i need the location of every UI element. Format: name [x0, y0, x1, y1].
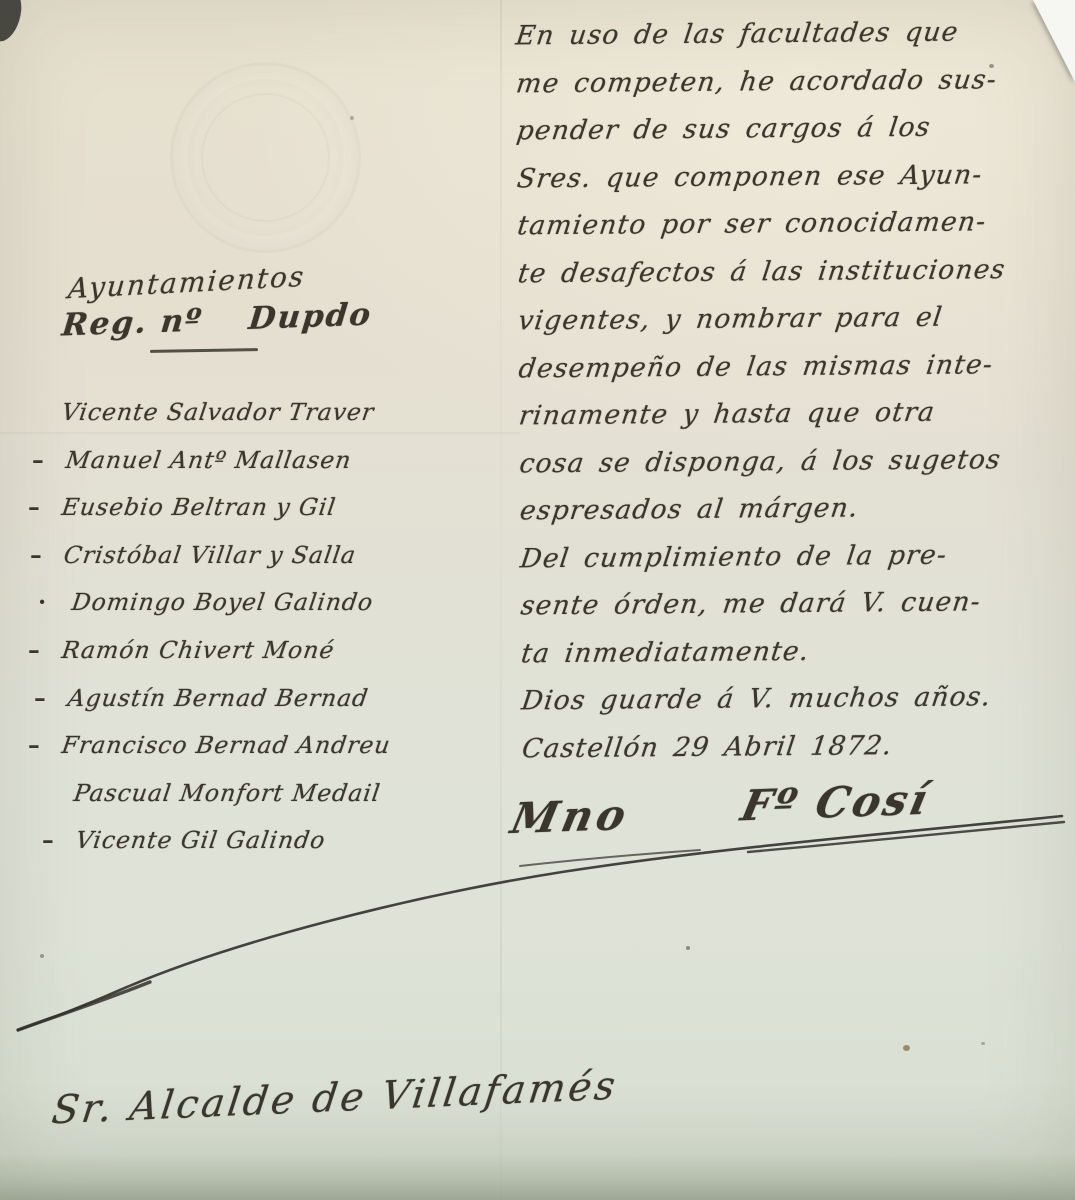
appointee-name: Ramón Chivert Moné: [60, 636, 336, 664]
appointee-row: –Francisco Bernad Andreu: [28, 731, 468, 779]
appointee-row: –Eusebio Beltran y Gil: [28, 493, 468, 541]
margin-duplicate-label: Dupdo: [247, 297, 374, 337]
stain-speck: [981, 1042, 985, 1045]
bottom-edge-shading: [0, 1154, 1075, 1200]
appointee-name: Vicente Salvador Traver: [60, 398, 376, 426]
margin-header-line1: Ayuntamientos: [67, 260, 307, 306]
body-line: ta inmediatamente.: [517, 633, 1075, 685]
body-line: pender de sus cargos á los: [513, 111, 1071, 163]
embossed-seal: [170, 62, 361, 253]
addressee-line: Sr. Alcalde de Villafamés: [49, 1064, 620, 1134]
appointee-name: Pascual Monfort Medail: [72, 779, 382, 807]
body-line: te desafectos á las instituciones: [514, 253, 1072, 305]
stain-speck: [903, 1045, 910, 1051]
signature-left: Mno: [507, 790, 634, 843]
margin-header-underline: [150, 348, 258, 353]
appointee-row: –Vicente Gil Galindo: [28, 826, 468, 874]
body-line: me competen, he acordado sus-: [512, 63, 1070, 115]
appointee-name: Manuel Antº Mallasen: [64, 446, 353, 474]
appointee-row: –Cristóbal Villar y Salla: [28, 541, 468, 589]
appointee-row: Pascual Monfort Medail: [28, 779, 468, 827]
appointee-name: Cristóbal Villar y Salla: [62, 541, 358, 569]
appointee-name: Domingo Boyel Galindo: [70, 588, 375, 616]
body-line: Dios guarde á V. muchos años.: [518, 681, 1075, 733]
body-line: Del cumplimiento de la pre-: [516, 538, 1074, 590]
body-line: sente órden, me dará V. cuen-: [517, 586, 1075, 638]
appointee-list: Vicente Salvador Traver –Manuel Antº Mal…: [28, 398, 468, 874]
body-line: Sres. que componen ese Ayun-: [513, 158, 1071, 210]
appointee-name: Eusebio Beltran y Gil: [60, 493, 338, 521]
body-line: desempeño de las mismas inte-: [515, 348, 1073, 400]
appointee-name: Agustín Bernad Bernad: [66, 684, 370, 712]
list-dash: –: [28, 493, 62, 521]
body-line: rinamente y hasta que otra: [515, 396, 1073, 448]
stain-speck: [686, 946, 690, 950]
embossed-seal-inner-ring: [201, 93, 330, 222]
body-line: vigentes, y nombrar para el: [514, 301, 1072, 353]
stain-speck: [350, 116, 354, 120]
list-dash: –: [34, 684, 68, 712]
margin-header-line2: Reg. nºDupdo: [60, 297, 374, 344]
list-dash: ·: [38, 588, 72, 616]
body-line: En uso de las facultades que: [512, 16, 1070, 68]
corner-ink-mark: [0, 0, 27, 45]
stain-speck: [989, 64, 994, 68]
list-dash: –: [28, 636, 62, 664]
appointee-row: Vicente Salvador Traver: [28, 398, 468, 446]
margin-register-label: Reg. nº: [60, 302, 205, 343]
appointee-row: –Ramón Chivert Moné: [28, 636, 468, 684]
appointee-name: Vicente Gil Galindo: [74, 826, 327, 854]
letter-body: En uso de las facultades que me competen…: [515, 16, 1074, 781]
list-dash: –: [42, 826, 76, 854]
stain-speck: [40, 954, 44, 958]
signature-right: Fº Cosí: [737, 775, 935, 831]
manuscript-page: Ayuntamientos Reg. nºDupdo Vicente Salva…: [0, 0, 1075, 1200]
body-line: cosa se disponga, á los sugetos: [516, 443, 1074, 495]
appointee-name: Francisco Bernad Andreu: [60, 731, 393, 759]
list-dash: –: [30, 541, 64, 569]
appointee-row: –Manuel Antº Mallasen: [28, 446, 468, 494]
body-line: espresados al márgen.: [516, 491, 1074, 543]
appointee-row: ·Domingo Boyel Galindo: [28, 588, 468, 636]
body-line: Castellón 29 Abril 1872.: [518, 728, 1075, 780]
list-dash: –: [28, 731, 62, 759]
list-dash: –: [32, 446, 66, 474]
appointee-row: –Agustín Bernad Bernad: [28, 684, 468, 732]
body-line: tamiento por ser conocidamen-: [513, 206, 1071, 258]
fold-crease-vertical: [500, 0, 502, 1200]
